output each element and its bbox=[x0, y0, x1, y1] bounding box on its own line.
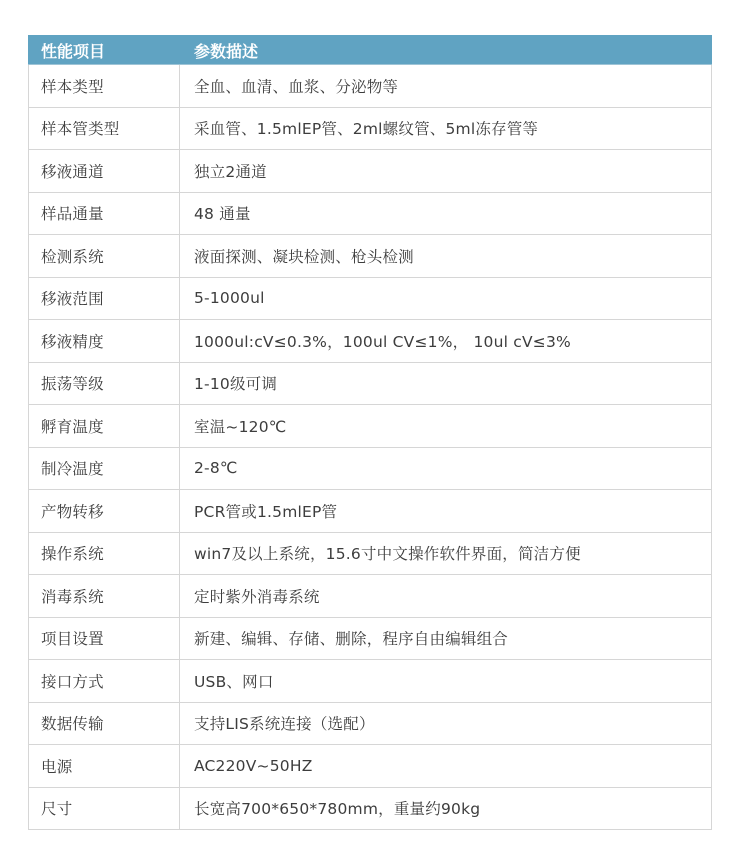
table-row: 孵育温度室温~120℃ bbox=[29, 405, 712, 448]
spec-label: 样本管类型 bbox=[29, 107, 180, 150]
header-cell-parameter-description: 参数描述 bbox=[180, 36, 712, 65]
spec-value: 全血、血清、血浆、分泌物等 bbox=[180, 65, 712, 108]
table-row: 产物转移PCR管或1.5mlEP管 bbox=[29, 490, 712, 533]
spec-label: 电源 bbox=[29, 745, 180, 788]
spec-label: 制冷温度 bbox=[29, 447, 180, 490]
table-row: 样本类型全血、血清、血浆、分泌物等 bbox=[29, 65, 712, 108]
spec-value: win7及以上系统，15.6寸中文操作软件界面，简洁方便 bbox=[180, 532, 712, 575]
spec-value: 液面探测、凝块检测、枪头检测 bbox=[180, 235, 712, 278]
spec-table: 性能项目 参数描述 样本类型全血、血清、血浆、分泌物等样本管类型采血管、1.5m… bbox=[28, 35, 712, 830]
spec-value: 支持LIS系统连接（选配） bbox=[180, 702, 712, 745]
spec-value: 室温~120℃ bbox=[180, 405, 712, 448]
table-row: 项目设置新建、编辑、存储、删除，程序自由编辑组合 bbox=[29, 617, 712, 660]
spec-value: USB、网口 bbox=[180, 660, 712, 703]
spec-value: 1-10级可调 bbox=[180, 362, 712, 405]
spec-value: 1000ul:cV≤0.3%，100ul CV≤1%， 10ul cV≤3% bbox=[180, 320, 712, 363]
spec-label: 移液通道 bbox=[29, 150, 180, 193]
spec-label: 孵育温度 bbox=[29, 405, 180, 448]
table-row: 尺寸长宽高700*650*780mm，重量约90kg bbox=[29, 787, 712, 830]
table-row: 样品通量48 通量 bbox=[29, 192, 712, 235]
table-row: 检测系统液面探测、凝块检测、枪头检测 bbox=[29, 235, 712, 278]
spec-label: 接口方式 bbox=[29, 660, 180, 703]
spec-label: 移液精度 bbox=[29, 320, 180, 363]
table-row: 操作系统win7及以上系统，15.6寸中文操作软件界面，简洁方便 bbox=[29, 532, 712, 575]
spec-label: 数据传输 bbox=[29, 702, 180, 745]
spec-value: PCR管或1.5mlEP管 bbox=[180, 490, 712, 533]
table-row: 移液范围5-1000ul bbox=[29, 277, 712, 320]
table-row: 数据传输支持LIS系统连接（选配） bbox=[29, 702, 712, 745]
spec-table-body: 样本类型全血、血清、血浆、分泌物等样本管类型采血管、1.5mlEP管、2ml螺纹… bbox=[29, 65, 712, 830]
spec-value: 采血管、1.5mlEP管、2ml螺纹管、5ml冻存管等 bbox=[180, 107, 712, 150]
table-row: 制冷温度2-8℃ bbox=[29, 447, 712, 490]
spec-label: 尺寸 bbox=[29, 787, 180, 830]
spec-sheet-page: 性能项目 参数描述 样本类型全血、血清、血浆、分泌物等样本管类型采血管、1.5m… bbox=[0, 0, 735, 868]
spec-label: 消毒系统 bbox=[29, 575, 180, 618]
table-row: 移液精度1000ul:cV≤0.3%，100ul CV≤1%， 10ul cV≤… bbox=[29, 320, 712, 363]
table-row: 消毒系统定时紫外消毒系统 bbox=[29, 575, 712, 618]
spec-label: 检测系统 bbox=[29, 235, 180, 278]
header-row: 性能项目 参数描述 bbox=[29, 36, 712, 65]
spec-label: 移液范围 bbox=[29, 277, 180, 320]
header-cell-performance-item: 性能项目 bbox=[29, 36, 180, 65]
spec-label: 振荡等级 bbox=[29, 362, 180, 405]
table-row: 样本管类型采血管、1.5mlEP管、2ml螺纹管、5ml冻存管等 bbox=[29, 107, 712, 150]
table-row: 接口方式USB、网口 bbox=[29, 660, 712, 703]
table-row: 振荡等级1-10级可调 bbox=[29, 362, 712, 405]
table-row: 移液通道独立2通道 bbox=[29, 150, 712, 193]
spec-value: 新建、编辑、存储、删除，程序自由编辑组合 bbox=[180, 617, 712, 660]
spec-label: 样品通量 bbox=[29, 192, 180, 235]
spec-label: 样本类型 bbox=[29, 65, 180, 108]
spec-value: 独立2通道 bbox=[180, 150, 712, 193]
spec-value: AC220V~50HZ bbox=[180, 745, 712, 788]
spec-value: 5-1000ul bbox=[180, 277, 712, 320]
spec-label: 操作系统 bbox=[29, 532, 180, 575]
table-row: 电源AC220V~50HZ bbox=[29, 745, 712, 788]
spec-value: 2-8℃ bbox=[180, 447, 712, 490]
spec-label: 项目设置 bbox=[29, 617, 180, 660]
spec-value: 定时紫外消毒系统 bbox=[180, 575, 712, 618]
spec-value: 长宽高700*650*780mm，重量约90kg bbox=[180, 787, 712, 830]
spec-label: 产物转移 bbox=[29, 490, 180, 533]
spec-value: 48 通量 bbox=[180, 192, 712, 235]
